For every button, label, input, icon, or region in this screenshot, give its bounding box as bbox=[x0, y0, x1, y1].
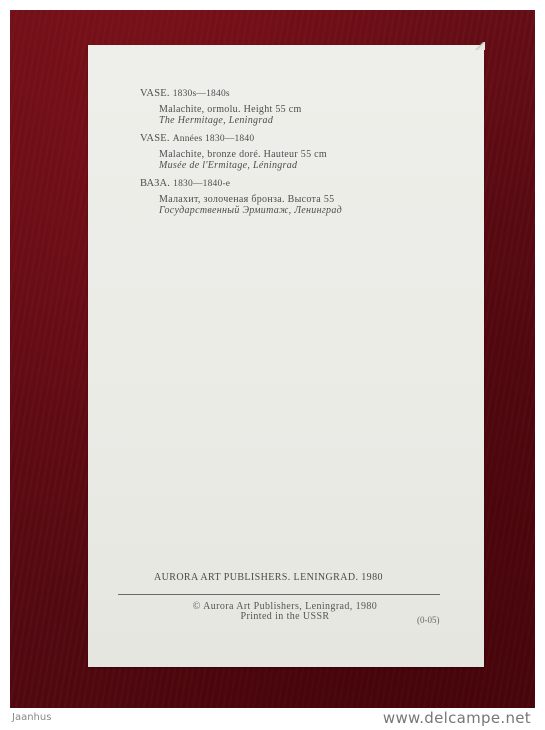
title-date: 1830s—1840s bbox=[173, 89, 230, 99]
divider-rule bbox=[118, 594, 440, 595]
postcard-back: VASE.1830s—1840s Malachite, ormolu. Heig… bbox=[88, 45, 484, 667]
caption-french: VASE.Années 1830—1840 Malachite, bronze … bbox=[140, 133, 327, 171]
location-line: The Hermitage, Leningrad bbox=[159, 115, 302, 126]
title-word: VASE. bbox=[140, 88, 170, 99]
site-watermark: www.delcampe.net bbox=[383, 709, 531, 727]
title-word: ВАЗА. bbox=[140, 178, 170, 189]
printed-line: Printed in the USSR bbox=[170, 612, 400, 622]
title-date: Années 1830—1840 bbox=[173, 134, 255, 144]
material-line: Malachite, bronze doré. Hauteur 55 cm bbox=[159, 149, 327, 160]
caption-russian: ВАЗА.1830—1840-е Малахит, золоченая брон… bbox=[140, 178, 342, 216]
location-line: Musée de l'Ermitage, Léningrad bbox=[159, 160, 327, 171]
title-word: VASE. bbox=[140, 133, 170, 144]
catalog-code: (0-05) bbox=[417, 615, 440, 625]
location-line: Государственный Эрмитаж, Ленинград bbox=[159, 205, 342, 216]
title-date: 1830—1840-е bbox=[173, 179, 230, 189]
caption-english: VASE.1830s—1840s Malachite, ormolu. Heig… bbox=[140, 88, 302, 126]
seller-watermark: Jaanhus bbox=[12, 712, 51, 723]
material-line: Малахит, золоченая бронза. Высота 55 bbox=[159, 194, 342, 205]
caption-title: VASE.1830s—1840s bbox=[140, 88, 302, 99]
copyright-block: © Aurora Art Publishers, Leningrad, 1980… bbox=[170, 602, 400, 622]
publisher-line: AURORA ART PUBLISHERS. LENINGRAD. 1980 bbox=[154, 572, 383, 583]
material-line: Malachite, ormolu. Height 55 cm bbox=[159, 104, 302, 115]
caption-title: VASE.Années 1830—1840 bbox=[140, 133, 327, 144]
caption-title: ВАЗА.1830—1840-е bbox=[140, 178, 342, 189]
